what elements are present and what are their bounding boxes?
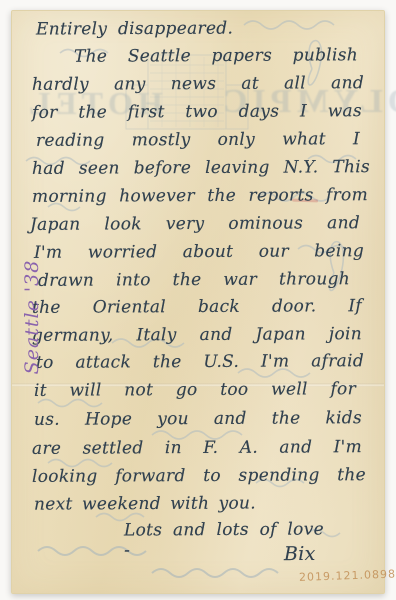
letter-line: us. Hope you and the kids (34, 408, 362, 430)
letter-line: I'm worried about our being (34, 241, 364, 263)
letter-line: reading mostly only what I (36, 129, 360, 151)
letter-line: Entirely disappeared. (36, 18, 233, 39)
letter-line: to attack the U.S. I'm afraid (36, 351, 364, 373)
letter-line: Japan look very ominous and (30, 213, 360, 235)
letter-line: for the first two days I was (32, 101, 362, 123)
letter-line: had seen before leaving N.Y. This (32, 157, 370, 179)
letter-line: hardly any news at all and (32, 73, 364, 95)
letter-line: are settled in F. A. and I'm (32, 437, 362, 459)
letter-line: The Seattle papers publish (74, 45, 358, 66)
letter-scan-photo: HOTEL OLYMPIC (0, 0, 396, 600)
letter-line: next weekend with you. (34, 493, 256, 514)
letter-line: the Oriental back door. If (32, 296, 362, 318)
letter-paper: HOTEL OLYMPIC (11, 10, 385, 594)
letter-line: drawn into the war through (38, 269, 350, 291)
letter-line: it will not go too well for (34, 379, 356, 401)
margin-note-seattle-38: Seattle '38 (21, 254, 43, 380)
letter-line: morning however the reports from (32, 185, 368, 207)
signature: Bix (284, 544, 316, 564)
letter-line: germany, Italy and Japan join (32, 324, 362, 346)
letter-line: looking forward to spending the (32, 465, 366, 487)
